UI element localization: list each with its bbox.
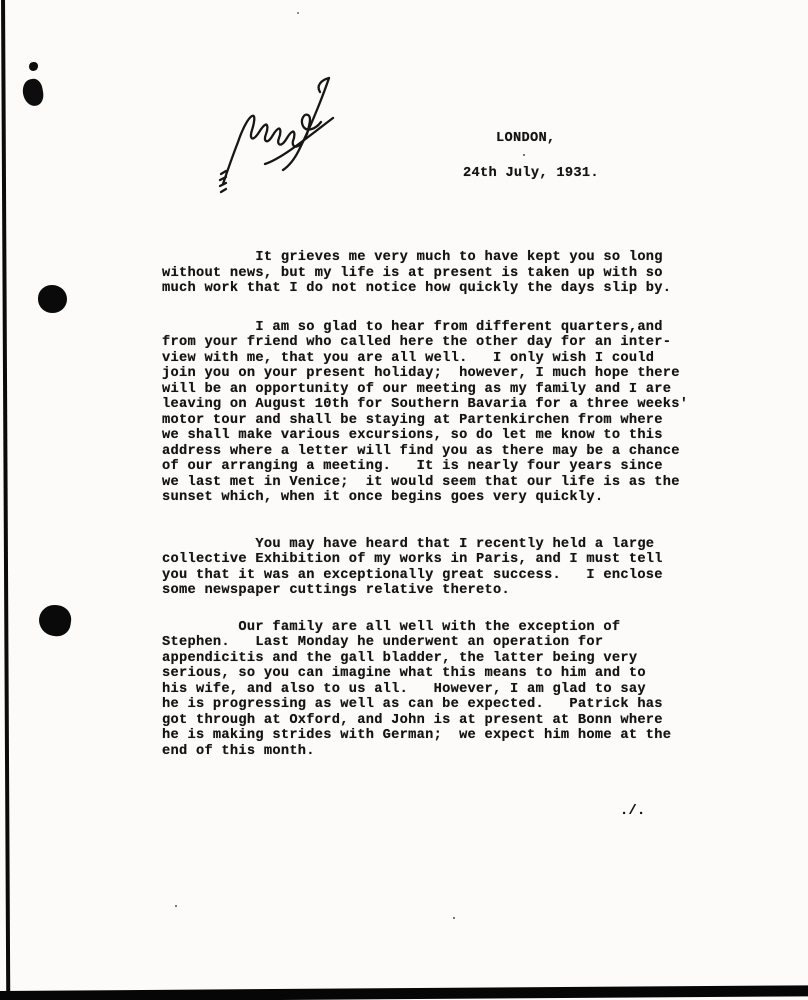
paper-speck (453, 917, 455, 919)
letter-body: It grieves me very much to have kept you… (162, 250, 688, 759)
handwritten-signature (205, 72, 345, 197)
paper-speck (297, 12, 299, 14)
punch-hole (38, 285, 67, 313)
paper-speck (175, 905, 177, 907)
punch-hole (37, 603, 73, 638)
ink-blot (21, 77, 45, 107)
continuation-mark: ./. (620, 804, 645, 820)
paragraph: You may have heard that I recently held … (162, 537, 688, 599)
scan-edge-left (1, 0, 10, 1000)
signature-scrawl-icon (205, 72, 345, 197)
letter-page: LONDON, 24th July, 1931. It grieves me v… (0, 0, 808, 1000)
scan-edge-bottom (0, 985, 808, 1000)
letterhead-date: 24th July, 1931. (463, 166, 599, 182)
ink-blot (29, 62, 38, 71)
letterhead-city: LONDON, (496, 131, 555, 147)
paragraph: Our family are all well with the excepti… (162, 620, 688, 760)
paragraph: It grieves me very much to have kept you… (162, 250, 688, 297)
paper-speck (523, 154, 525, 156)
paragraph: I am so glad to hear from different quar… (162, 320, 688, 506)
